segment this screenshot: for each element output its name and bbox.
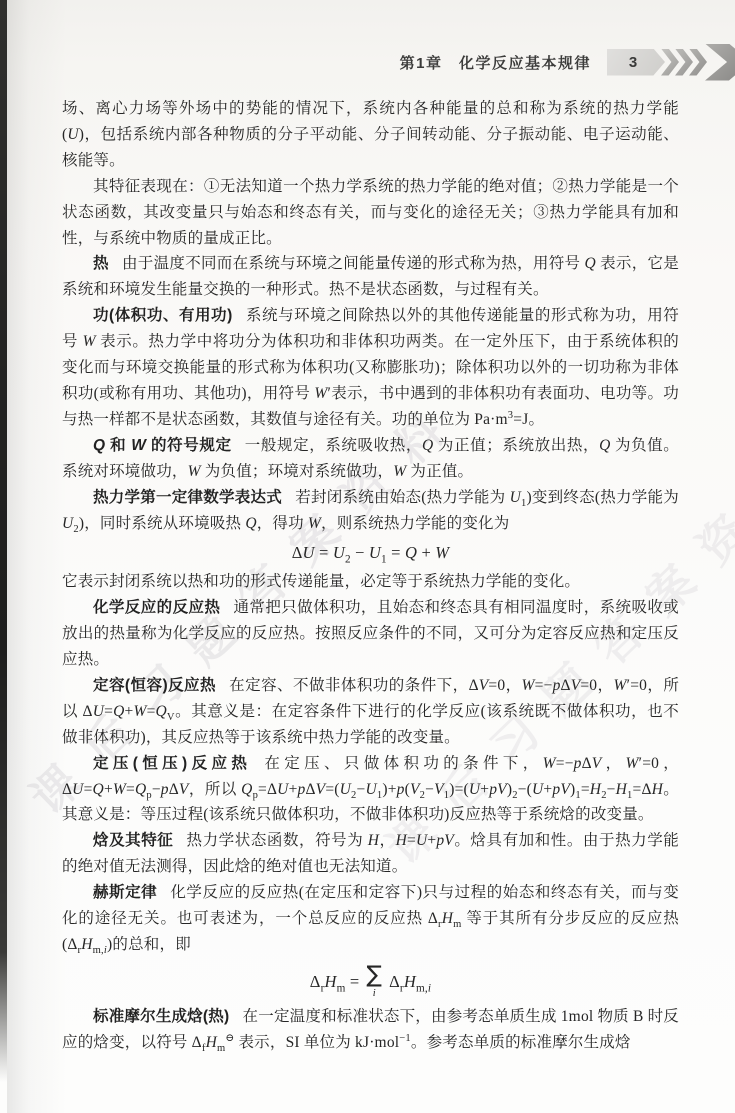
paragraph: 场、离心力场等外场中的势能的情况下，系统内各种能量的总和称为系统的热力学能(U)…: [62, 96, 679, 174]
hess-law-formula: ΔrHm = ∑ i ΔrHm,i: [62, 964, 679, 1000]
paragraph: 热力学第一定律数学表达式若封闭系统由始态(热力学能为 U1)变到终态(热力学能为…: [62, 485, 679, 537]
book-page: 课后习题答案资料 课后习题答案资料 第1章 化学反应基本规律 3 场、离心力场等…: [0, 0, 735, 1113]
term-heat: 热: [93, 255, 109, 272]
binding-shadow: [7, 0, 67, 1113]
page-edge-arrow-icon: [705, 44, 735, 81]
term-first-law: 热力学第一定律数学表达式: [93, 489, 282, 506]
paragraph-text: 由于温度不同而在系统与环境之间能量传递的形式称为热，用符号 Q 表示，它是系统和…: [62, 255, 679, 298]
paragraph: 它表示封闭系统以热和功的形式传递能量，必定等于系统热力学能的变化。: [62, 569, 679, 595]
page-number-badge: 3: [607, 49, 665, 76]
paragraph: 赫斯定律化学反应的反应热(在定压和定容下)只与过程的始态和终态有关，而与变化的途…: [62, 880, 679, 958]
term-reaction-heat: 化学反应的反应热: [93, 599, 220, 616]
paragraph: 功(体积功、有用功)系统与环境之间除热以外的其他传递能量的形式称为功，用符号 W…: [62, 303, 679, 433]
page-body-text: 场、离心力场等外场中的势能的情况下，系统内各种能量的总和称为系统的热力学能(U)…: [62, 96, 679, 1056]
paragraph-text: 它表示封闭系统以热和功的形式传递能量，必定等于系统热力学能的变化。: [62, 573, 580, 590]
paragraph: Q 和 W 的符号规定一般规定，系统吸收热，Q 为正值；系统放出热，Q 为负值。…: [62, 433, 679, 485]
page-binding-edge: [0, 0, 7, 1082]
paragraph-text: 系统与环境之间除热以外的其他传递能量的形式称为功，用符号 W 表示。热力学中将功…: [62, 307, 679, 428]
term-constant-volume-heat: 定容(恒容)反应热: [93, 677, 216, 694]
paragraph: 热由于温度不同而在系统与环境之间能量传递的形式称为热，用符号 Q 表示，它是系统…: [62, 251, 679, 303]
page-number: 3: [629, 54, 637, 71]
paragraph: 标准摩尔生成焓(热)在一定温度和标准状态下，由参考态单质生成 1mol 物质 B…: [62, 1004, 679, 1056]
term-enthalpy: 焓及其特征: [93, 832, 173, 849]
first-law-formula: ΔU = U2 − U1 = Q + W: [62, 540, 679, 566]
term-constant-pressure-heat: 定压(恒压)反应热: [93, 755, 251, 772]
paragraph: 其特征表现在：①无法知道一个热力学系统的热力学能的绝对值；②热力学能是一个状态函…: [62, 174, 679, 252]
hess-formula-lhs: ΔrHm =: [310, 969, 360, 995]
paragraph: 焓及其特征热力学状态函数，符号为 H，H=U+pV。焓具有加和性。由于热力学能的…: [62, 828, 679, 880]
paragraph: 定压(恒压)反应热在定压、只做体积功的条件下，W=−pΔV，W′=0，ΔU=Q+…: [62, 751, 679, 829]
term-standard-molar-enthalpy: 标准摩尔生成焓(热): [93, 1008, 229, 1025]
paragraph-text: 场、离心力场等外场中的势能的情况下，系统内各种能量的总和称为系统的热力学能(U)…: [62, 100, 679, 169]
paragraph-text: 其特征表现在：①无法知道一个热力学系统的热力学能的绝对值；②热力学能是一个状态函…: [62, 178, 679, 247]
summation-symbol: ∑ i: [366, 964, 382, 1000]
term-work: 功(体积功、有用功): [93, 307, 232, 324]
term-hess-law: 赫斯定律: [93, 884, 157, 901]
paragraph: 化学反应的反应热通常把只做体积功，且始态和终态具有相同温度时，系统吸收或放出的热…: [62, 595, 679, 673]
paragraph: 定容(恒容)反应热在定容、不做非体积功的条件下，ΔV=0，W=−pΔV=0，W′…: [62, 673, 679, 751]
page-header: 第1章 化学反应基本规律 3: [400, 44, 735, 80]
hess-formula-rhs: ΔrHm,i: [389, 969, 431, 995]
running-head-chapter-title: 第1章 化学反应基本规律: [400, 52, 591, 73]
term-sign-convention: Q 和 W 的符号规定: [93, 437, 232, 454]
